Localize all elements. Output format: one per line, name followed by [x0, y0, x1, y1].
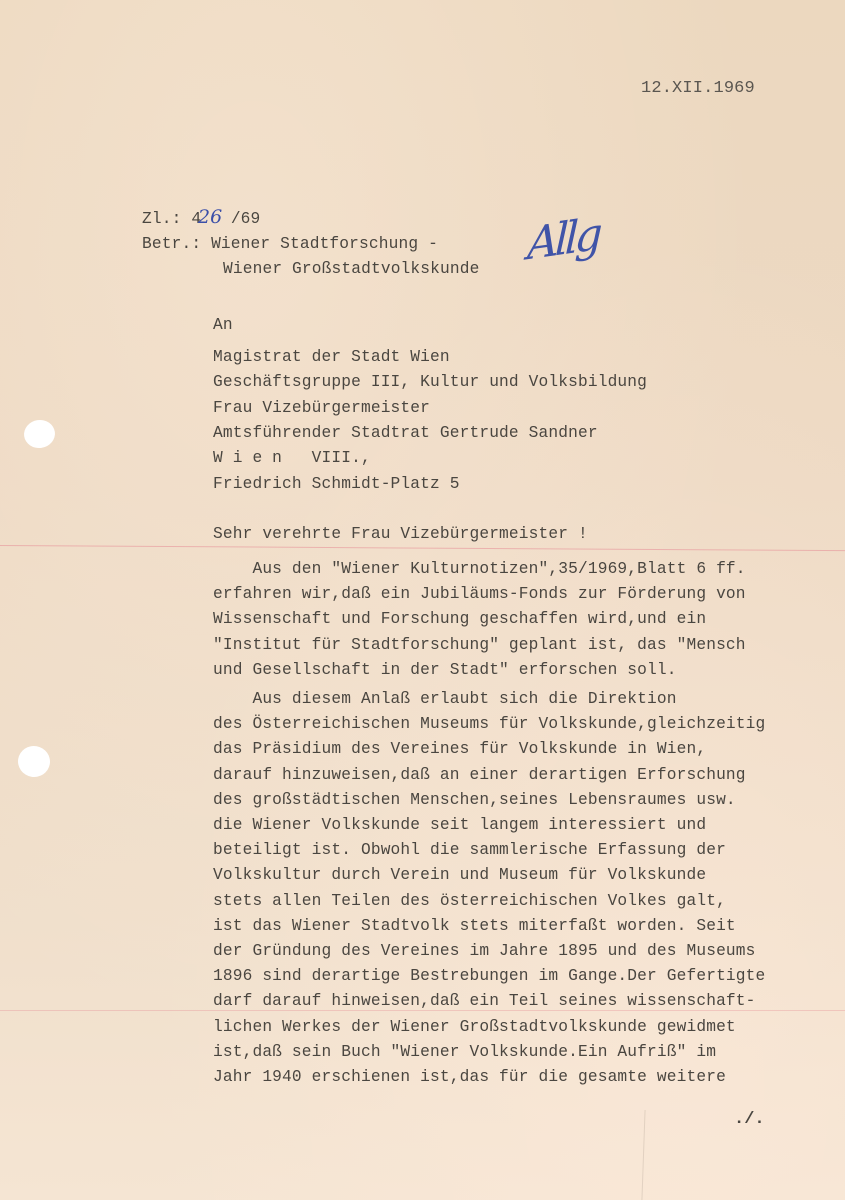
body-line: der Gründung des Vereines im Jahre 1895 …	[213, 939, 756, 964]
body-line: die Wiener Volkskunde seit langem intere…	[213, 813, 706, 838]
subject-label: Betr.:	[142, 235, 201, 253]
handwritten-annotation: Allg	[526, 209, 599, 271]
body-line: darf darauf hinweisen,daß ein Teil seine…	[213, 989, 756, 1014]
body-line: des großstädtischen Menschen,seines Lebe…	[213, 788, 736, 813]
body-line: Volkskultur durch Verein und Museum für …	[213, 863, 706, 888]
recipient-line: An	[213, 313, 233, 338]
reference-label: Zl.:	[142, 210, 181, 228]
reference-year: /69	[231, 210, 261, 228]
body-line: beteiligt ist. Obwohl die sammlerische E…	[213, 838, 726, 863]
recipient-line: W i e n VIII.,	[213, 446, 371, 471]
body-line: "Institut für Stadtforschung" geplant is…	[213, 633, 746, 658]
body-line: des Österreichischen Museums für Volksku…	[213, 712, 765, 737]
body-line: ist das Wiener Stadtvolk stets miterfaßt…	[213, 914, 736, 939]
body-line: 1896 sind derartige Bestrebungen im Gang…	[213, 964, 765, 989]
body-line: Aus den "Wiener Kulturnotizen",35/1969,B…	[213, 557, 746, 582]
punch-hole-icon	[16, 743, 53, 779]
recipient-line: Friedrich Schmidt-Platz 5	[213, 472, 460, 497]
handwritten-reference-digits: 26	[198, 206, 222, 228]
body-line: Jahr 1940 erschienen ist,das für die ges…	[213, 1065, 726, 1090]
subject-text-line2: Wiener Großstadtvolkskunde	[223, 257, 479, 282]
recipient-line: Frau Vizebürgermeister	[213, 396, 430, 421]
body-line: stets allen Teilen des österreichischen …	[213, 889, 726, 914]
letter-page: 12.XII.1969 Zl.: 4 /69 26 Betr.: Wiener …	[0, 0, 845, 1200]
punch-hole-icon	[22, 418, 57, 450]
body-line: und Gesellschaft in der Stadt" erforsche…	[213, 658, 677, 683]
subject-line: Betr.: Wiener Stadtforschung -	[142, 232, 438, 257]
paper-crease	[641, 1110, 645, 1200]
continuation-mark: ./.	[734, 1110, 765, 1129]
letter-date: 12.XII.1969	[641, 76, 755, 101]
subject-text-line1: Wiener Stadtforschung -	[211, 235, 438, 253]
body-line: darauf hinzuweisen,daß an einer derartig…	[213, 763, 746, 788]
body-line: erfahren wir,daß ein Jubiläums-Fonds zur…	[213, 582, 746, 607]
body-line: ist,daß sein Buch "Wiener Volkskunde.Ein…	[213, 1040, 716, 1065]
recipient-line: Geschäftsgruppe III, Kultur und Volksbil…	[213, 370, 647, 395]
body-line: das Präsidium des Vereines für Volkskund…	[213, 737, 706, 762]
recipient-line: Amtsführender Stadtrat Gertrude Sandner	[213, 421, 598, 446]
body-line: Aus diesem Anlaß erlaubt sich die Direkt…	[213, 687, 677, 712]
recipient-line: Magistrat der Stadt Wien	[213, 345, 450, 370]
body-line: lichen Werkes der Wiener Großstadtvolksk…	[213, 1015, 736, 1040]
body-line: Wissenschaft und Forschung geschaffen wi…	[213, 607, 706, 632]
salutation: Sehr verehrte Frau Vizebürgermeister !	[213, 522, 588, 547]
